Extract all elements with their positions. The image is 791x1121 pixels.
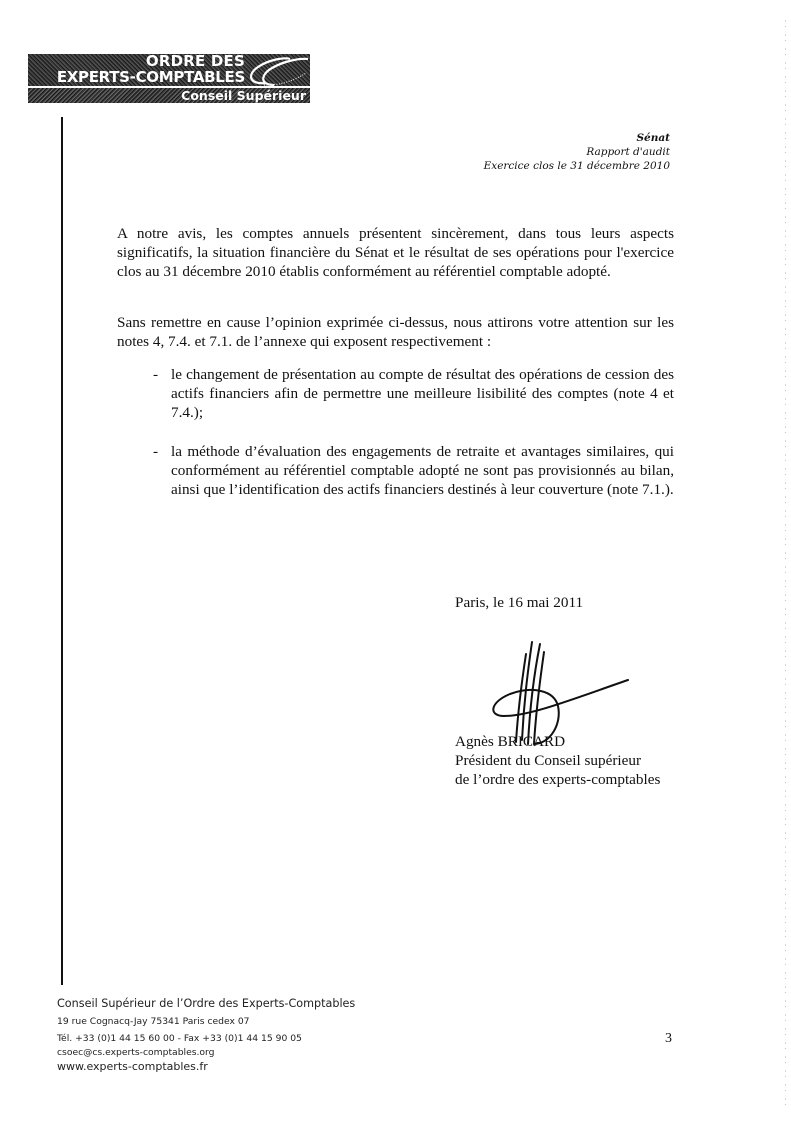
- header-entity: Sénat: [636, 131, 670, 145]
- signature-date: Paris, le 16 mai 2011: [455, 593, 583, 612]
- signatory-title-line2: de l’ordre des experts-comptables: [455, 770, 660, 789]
- footer-website-link[interactable]: www.experts-comptables.fr: [57, 1060, 208, 1074]
- signatory-name: Agnès BRICARD: [455, 732, 565, 751]
- bullet-dash: -: [153, 365, 158, 384]
- bullet-text: la méthode d’évaluation des engagements …: [171, 442, 674, 499]
- emphasis-paragraph: Sans remettre en cause l’opinion exprimé…: [117, 313, 674, 351]
- margin-vertical-rule: [61, 117, 63, 985]
- footer-phone-fax: Tél. +33 (0)1 44 15 60 00 - Fax +33 (0)1…: [57, 1032, 302, 1045]
- header-report-type: Rapport d'audit: [586, 145, 670, 159]
- page-number: 3: [665, 1031, 672, 1047]
- scan-edge-artifact: [785, 20, 786, 1110]
- footer-address: 19 rue Cognacq-Jay 75341 Paris cedex 07: [57, 1015, 250, 1028]
- letterhead-subtitle: Conseil Supérieur: [120, 88, 306, 103]
- letterhead-title-line2: EXPERTS-COMPTABLES: [30, 70, 245, 85]
- cc-swoosh-icon: [244, 55, 310, 87]
- bullet-dash: -: [153, 442, 158, 461]
- footer-organization: Conseil Supérieur de l’Ordre des Experts…: [57, 997, 355, 1011]
- header-fiscal-period: Exercice clos le 31 décembre 2010: [484, 159, 670, 173]
- footer-email-link[interactable]: csoec@cs.experts-comptables.org: [57, 1046, 215, 1059]
- letterhead-title-line1: ORDRE DES: [60, 54, 245, 69]
- signatory-title-line1: Président du Conseil supérieur: [455, 751, 641, 770]
- list-item: - la méthode d’évaluation des engagement…: [153, 442, 674, 499]
- opinion-paragraph: A notre avis, les comptes annuels présen…: [117, 224, 674, 281]
- bullet-text: le changement de présentation au compte …: [171, 365, 674, 422]
- list-item: - le changement de présentation au compt…: [153, 365, 674, 422]
